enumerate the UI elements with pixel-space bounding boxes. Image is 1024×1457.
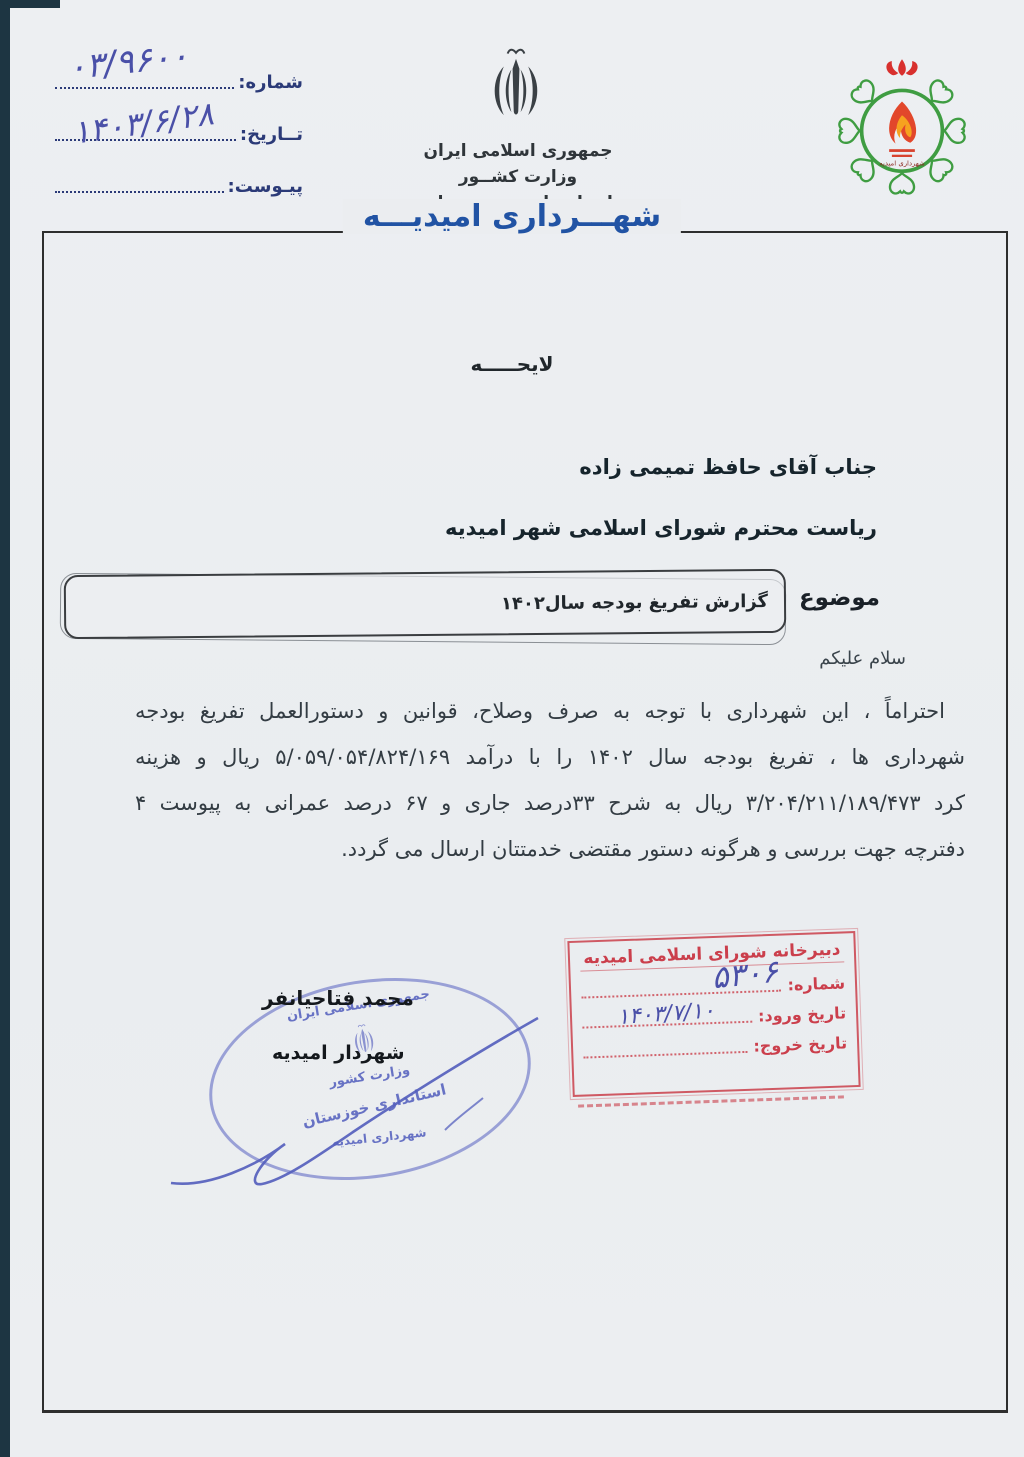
municipality-logo: شهرداری امیدیه xyxy=(824,54,980,208)
signature-scribble xyxy=(145,1002,560,1206)
municipality-title: شهـــرداری امیدیـــه xyxy=(343,199,681,234)
addressee-name: جناب آقای حافظ تمیمی زاده xyxy=(579,455,877,479)
attachment-field-row: پیـوست: xyxy=(55,176,303,197)
document-type-heading: لایحـــــه xyxy=(0,352,1024,376)
iran-emblem-icon xyxy=(478,42,554,136)
council-secretariat-stamp: دبیرخانه شورای اسلامی امیدیه شماره: تاری… xyxy=(567,931,860,1097)
org-line-ministry: وزارت کشــور xyxy=(352,164,684,190)
addressee-title: ریاست محترم شورای اسلامی شهر امیدیه xyxy=(445,516,877,540)
org-line-country: جمهوری اسلامی ایران xyxy=(352,138,684,164)
letter-body-paragraph: احتراماً ، این شهرداری با توجه به صرف وص… xyxy=(135,688,965,872)
red-stamp-exit-label: تاریخ خروج: xyxy=(753,1033,847,1055)
red-stamp-exit-row: تاریخ خروج: xyxy=(583,1033,848,1061)
logo-petals xyxy=(839,78,964,193)
red-stamp-entry-label: تاریخ ورود: xyxy=(758,1003,847,1025)
subject-value: گزارش تفریغ بودجه سال۱۴۰۲ xyxy=(501,591,768,614)
subject-box: گزارش تفریغ بودجه سال۱۴۰۲ xyxy=(64,569,787,639)
attachment-label: پیـوست: xyxy=(228,176,304,197)
scanned-letter-page: { "letterhead": { "fields": { "number_la… xyxy=(0,0,1024,1457)
greeting-line: سلام علیکم xyxy=(819,648,906,669)
subject-label: موضوع xyxy=(799,585,880,611)
logo-tulip xyxy=(886,59,917,76)
signer-name: محمد فتاحیانفر xyxy=(262,986,414,1010)
paragraph-line-1: احتراماً ، این شهرداری با توجه به صرف وص… xyxy=(135,688,965,734)
paragraph-line-4: دفترچه جهت بررسی و هرگونه دستور مقتضی خد… xyxy=(135,826,965,872)
red-stamp-number-label: شماره: xyxy=(787,973,845,994)
red-stamp-exit-dots xyxy=(583,1041,748,1059)
scan-edge-left xyxy=(0,0,10,1457)
scan-edge-top xyxy=(0,0,60,8)
handwritten-stamp-number: ۵۳۰۶ xyxy=(710,953,780,996)
paragraph-line-3: کرد ۳/۲۰۴/۲۱۱/۱۸۹/۴۷۳ ریال به شرح ۳۳درصد… xyxy=(135,780,965,826)
logo-caption-text: شهرداری امیدیه xyxy=(879,160,925,168)
attachment-dotted-line xyxy=(55,179,224,193)
logo-flame xyxy=(889,101,916,143)
signer-title: شهردار امیدیه xyxy=(272,1042,405,1064)
paragraph-line-2: شهرداری ها ، تفریغ بودجه سال ۱۴۰۲ را با … xyxy=(135,734,965,780)
letterhead-fields: شماره: تــاریخ: پیـوست: xyxy=(55,72,303,228)
